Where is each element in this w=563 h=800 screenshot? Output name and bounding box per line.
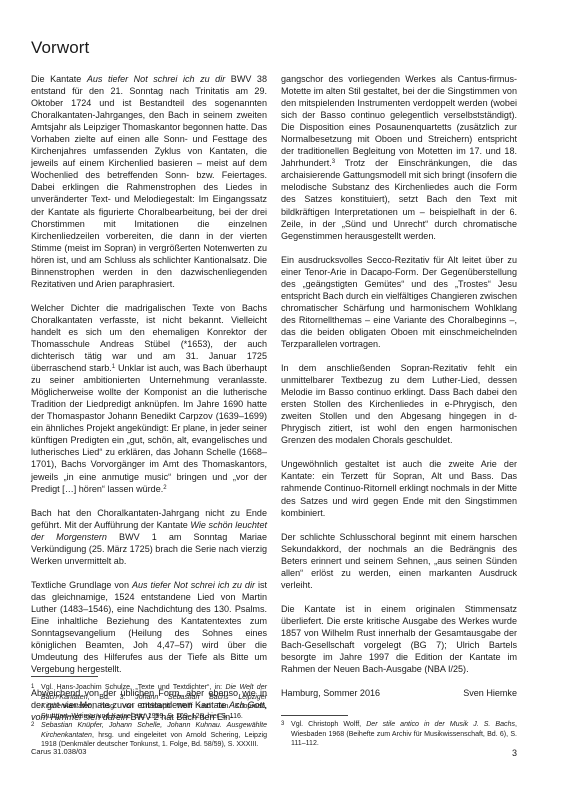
text: ist das gleichnamige, 1524 entstandene L… — [31, 580, 267, 674]
paragraph-text-basis: Textliche Grundlage von Aus tiefer Not s… — [31, 579, 267, 675]
footnotes-left: 1Vgl. Hans-Joachim Schulze, „Texte und T… — [31, 683, 267, 750]
catalog-number: Carus 31.038/03 — [31, 747, 86, 756]
footnote-rule — [281, 715, 348, 716]
text: Textliche Grundlage von — [31, 580, 132, 590]
footnote-number: 2 — [31, 721, 34, 731]
text: , Bd. 3: — [88, 694, 136, 701]
signature: Hamburg, Sommer 2016 Sven Hiemke — [281, 687, 517, 699]
place-date: Hamburg, Sommer 2016 — [281, 687, 380, 699]
text: Die Kantate — [31, 74, 87, 84]
paragraph-sources: Die Kantate ist in einem originalen Stim… — [281, 603, 517, 675]
footnote: 2Sebastian Knüpfer, Johann Schelle, Joha… — [31, 721, 267, 750]
footnote: 1Vgl. Hans-Joachim Schulze, „Texte und T… — [31, 683, 267, 721]
text: Unklar ist auch, was Bach überhaupt zu s… — [31, 363, 267, 493]
paragraph-cycle-end: Bach hat den Choralkantaten-Jahrgang nic… — [31, 507, 267, 567]
left-column: Die Kantate Aus tiefer Not schrei ich zu… — [31, 73, 267, 723]
footnote: 3Vgl. Christoph Wolff, Der stile antico … — [281, 720, 517, 749]
page-title: Vorwort — [31, 38, 89, 58]
author: Sven Hiemke — [463, 687, 517, 699]
footnote-number: 1 — [31, 683, 34, 693]
book-title: Der stile antico in der Musik J. S. Bach… — [366, 721, 515, 728]
footnotes-right: 3Vgl. Christoph Wolff, Der stile antico … — [281, 720, 517, 749]
page-number: 3 — [512, 748, 517, 758]
text: Vgl. Hans-Joachim Schulze, „Texte und Te… — [41, 684, 226, 691]
work-title: Aus tiefer Not schrei ich zu dir — [132, 580, 255, 590]
right-column: gangschor des vorliegenden Werkes als Ca… — [281, 73, 517, 699]
footnote-rule — [31, 676, 98, 677]
paragraph-terzett: Ungewöhnlich gestaltet ist auch die zwei… — [281, 458, 517, 518]
paragraph-motet: gangschor des vorliegenden Werkes als Ca… — [281, 73, 517, 242]
paragraph-intro: Die Kantate Aus tiefer Not schrei ich zu… — [31, 73, 267, 290]
text: Trotz der Einschränkungen, die das archa… — [281, 158, 517, 240]
paragraph-soprano-recitative: In dem anschließenden Sopran-Rezitativ f… — [281, 362, 517, 446]
paragraph-tenor-aria: Ein ausdrucksvolles Secco-Rezitativ für … — [281, 254, 517, 350]
paragraph-final-chorale: Der schlichte Schlusschoral beginnt mit … — [281, 531, 517, 591]
work-title: Aus tiefer Not schrei ich zu dir — [87, 74, 225, 84]
footnote-ref[interactable]: 2 — [163, 485, 166, 491]
paragraph-poet: Welcher Dichter die madrigalischen Texte… — [31, 302, 267, 495]
text: Vgl. Christoph Wolff, — [291, 721, 366, 728]
text: gangschor des vorliegenden Werkes als Ca… — [281, 74, 517, 168]
footnote-number: 3 — [281, 720, 284, 730]
text: BWV 38 entstand für den 21. Sonntag nach… — [31, 74, 267, 289]
